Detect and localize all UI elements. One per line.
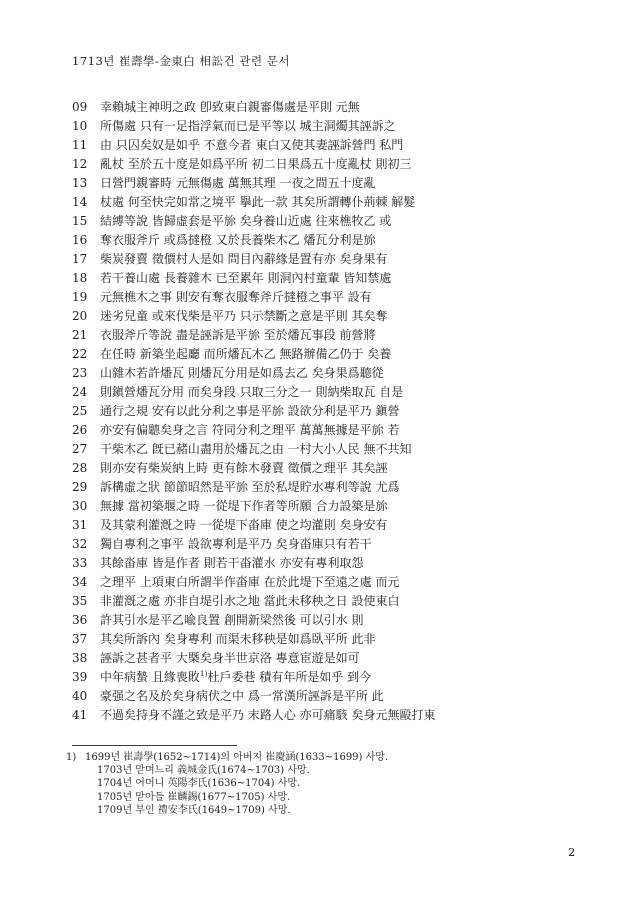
line-text: 奪衣服斧斤 或爲撻橙 又於長養柴木乙 燔瓦分利是旀: [100, 231, 375, 250]
document-line: 10所傷處 只有一足指浮氣而已是平等以 城主洞燭其誣訴之: [72, 117, 435, 136]
line-number: 41: [72, 706, 100, 725]
line-text: 所傷處 只有一足指浮氣而已是平等以 城主洞燭其誣訴之: [100, 117, 396, 136]
line-number: 15: [72, 212, 100, 231]
document-line: 35非灌漑之處 亦非自堤引水之地 當此未移秧之日 設使東白: [72, 592, 435, 611]
document-line: 13日營門親審時 元無傷處 萬無其理 一夜之間五十度亂: [72, 174, 435, 193]
document-line: 32獨自專利之事平 設欲專利是平乃 矣身畓庫只有若干: [72, 535, 435, 554]
line-number: 29: [72, 478, 100, 497]
document-line: 34之理平 上項東白所謂半作畓庫 在於此堤下至遠之處 而元: [72, 573, 435, 592]
document-line: 40豪强之名及於矣身病伏之中 爲一常漢所誣訴是平所 此: [72, 687, 435, 706]
footnote-line: 1703년 맏며느리 義城金氏(1674~1703) 사망.: [66, 764, 388, 777]
line-number: 17: [72, 250, 100, 269]
line-text: 杖處 何至快完如常之境平 擧此一款 其矣所謂轉仆荊棘 解髮: [100, 193, 415, 212]
line-text: 干柴木乙 旣已赭山盡用於燔瓦之由 一村大小人民 無不共知: [100, 440, 411, 459]
document-line: 12亂杖 至於五十度是如爲平所 初二日果爲五十度亂杖 則初三: [72, 155, 435, 174]
line-number: 21: [72, 326, 100, 345]
document-line: 23山雜木若許燔瓦 則燔瓦分用是如爲去乙 矣身果爲聽從: [72, 364, 435, 383]
line-text: 其矣所訴內 矣身專利 而渠未移秧是如爲臥平所 此非: [100, 630, 375, 649]
document-line: 30無據 當初築堰之時 一從堤下作者等所願 合力設築是旀: [72, 497, 435, 516]
line-number: 12: [72, 155, 100, 174]
line-number: 33: [72, 554, 100, 573]
line-text: 結縛等說 皆歸虛套是平旀 矣身養山近處 往來樵牧乙 或: [100, 212, 391, 231]
document-line: 22在任時 新築坐起廳 而所燔瓦木乙 無路辦備乙仍于 矣養: [72, 345, 435, 364]
line-number: 24: [72, 383, 100, 402]
document-body-lines: 09幸賴城主神明之政 卽致東白親審傷處是平則 元無10所傷處 只有一足指浮氣而已…: [72, 98, 435, 725]
footnote-line: 1705년 맏아들 崔麟錫(1677~1705) 사망.: [66, 791, 388, 804]
line-number: 32: [72, 535, 100, 554]
document-line: 24則鎭營燔瓦分用 而矣身段 只取三分之一 則納柴取瓦 自是: [72, 383, 435, 402]
line-number: 11: [72, 136, 100, 155]
document-line: 26亦安有偏聽矣身之言 符同分利之理平 萬萬無據是平旀 若: [72, 421, 435, 440]
document-line: 28則亦安有柴炭納上時 更有餘木發賣 徵價之理平 其矣誣: [72, 459, 435, 478]
footnote-reference: 1): [200, 669, 208, 678]
line-text: 由 只囚矣奴是如乎 不意今者 東白又使其妻誣訴營門 私門: [100, 136, 403, 155]
document-line: 14杖處 何至快完如常之境平 擧此一款 其矣所謂轉仆荊棘 解髮: [72, 193, 435, 212]
line-text: 亂杖 至於五十度是如爲平所 初二日果爲五十度亂杖 則初三: [100, 155, 411, 174]
footnote-marker: 1): [66, 751, 85, 764]
footnote-divider: [72, 745, 237, 746]
line-text: 非灌漑之處 亦非自堤引水之地 當此未移秧之日 設使東白: [100, 592, 399, 611]
document-line: 20迷劣兒童 或來伐柴是平乃 只示禁斷之意是平則 其矣奪: [72, 307, 435, 326]
document-line: 38誣訴之甚者平 大槩矣身半世京洛 專意宦遊是如可: [72, 649, 435, 668]
document-line: 17柴炭發賣 徵價村人是如 問目內辭緣是置有亦 矣身果有: [72, 250, 435, 269]
line-text: 在任時 新築坐起廳 而所燔瓦木乙 無路辦備乙仍于 矣養: [100, 345, 391, 364]
line-text: 許其引水是平乙喩良置 創開新梁然後 可以引水 則: [100, 611, 363, 630]
line-number: 38: [72, 649, 100, 668]
line-number: 34: [72, 573, 100, 592]
line-text: 幸賴城主神明之政 卽致東白親審傷處是平則 元無: [100, 98, 360, 117]
document-line: 15結縛等說 皆歸虛套是平旀 矣身養山近處 往來樵牧乙 或: [72, 212, 435, 231]
line-number: 18: [72, 269, 100, 288]
footnote-line: 1704년 어머니 英陽李氏(1636~1704) 사망.: [66, 777, 388, 790]
line-text: 山雜木若許燔瓦 則燔瓦分用是如爲去乙 矣身果爲聽從: [100, 364, 384, 383]
line-number: 36: [72, 611, 100, 630]
line-text: 若干養山處 長養雜木 已至累年 則洞內村童輩 皆知禁處: [100, 269, 391, 288]
line-text: 訴構虛之狀 節節昭然是平旀 至於私堤貯水專利等說 尤爲: [100, 478, 399, 497]
line-number: 14: [72, 193, 100, 212]
footnote-line: 1709년 부인 禮安李氏(1649~1709) 사망.: [66, 804, 388, 817]
footnote-text: 1704년 어머니 英陽李氏(1636~1704) 사망.: [97, 778, 300, 789]
line-text: 之理平 上項東白所謂半作畓庫 在於此堤下至遠之處 而元: [100, 573, 399, 592]
line-number: 35: [72, 592, 100, 611]
line-text: 誣訴之甚者平 大槩矣身半世京洛 專意宦遊是如可: [100, 649, 360, 668]
footnote-line: 1)1699년 崔壽學(1652~1714)의 아버지 崔慶涵(1633~169…: [66, 751, 388, 764]
line-number: 40: [72, 687, 100, 706]
line-number: 23: [72, 364, 100, 383]
footnote-text: 1699년 崔壽學(1652~1714)의 아버지 崔慶涵(1633~1699)…: [85, 752, 388, 763]
line-number: 10: [72, 117, 100, 136]
document-line: 09幸賴城主神明之政 卽致東白親審傷處是平則 元無: [72, 98, 435, 117]
line-number: 39: [72, 668, 100, 687]
footnote-text: 1703년 맏며느리 義城金氏(1674~1703) 사망.: [97, 765, 310, 776]
line-text: 通行之規 安有以此分利之事是平旀 設欲分利是平乃 鎭營: [100, 402, 399, 421]
document-line: 19元無樵木之事 則安有奪衣服奪斧斤撻橙之事平 設有: [72, 288, 435, 307]
line-text: 日營門親審時 元無傷處 萬無其理 一夜之間五十度亂: [100, 174, 375, 193]
page-number: 2: [568, 845, 575, 859]
document-line: 37其矣所訴內 矣身專利 而渠未移秧是如爲臥平所 此非: [72, 630, 435, 649]
document-page: 1713년 崔壽學-金東白 相訟건 관련 문서 09幸賴城主神明之政 卽致東白親…: [0, 0, 636, 899]
line-text: 其餘畓庫 皆是作者 則若干畓灌水 亦安有專利取怨: [100, 554, 363, 573]
document-line: 36許其引水是平乙喩良置 創開新梁然後 可以引水 則: [72, 611, 435, 630]
line-number: 13: [72, 174, 100, 193]
line-text: 則鎭營燔瓦分用 而矣身段 只取三分之一 則納柴取瓦 自是: [100, 383, 403, 402]
document-line: 21衣服斧斤等說 盡是誣訴是平旀 至於燔瓦事段 前營將: [72, 326, 435, 345]
footnote-text: 1709년 부인 禮安李氏(1649~1709) 사망.: [97, 805, 291, 816]
line-text: 則亦安有柴炭納上時 更有餘木發賣 徵價之理平 其矣誣: [100, 459, 387, 478]
line-text: 獨自專利之事平 設欲專利是平乃 矣身畓庫只有若干: [100, 535, 372, 554]
line-number: 31: [72, 516, 100, 535]
document-title: 1713년 崔壽學-金東白 相訟건 관련 문서: [72, 53, 290, 69]
document-line: 39中年病蟄 且緣喪敗1)杜戶委巷 積有年所是如乎 到今: [72, 668, 435, 687]
line-number: 20: [72, 307, 100, 326]
line-text: 及其蒙利灌漑之時 一從堤下畓庫 使之均灌則 矣身安有: [100, 516, 387, 535]
line-text: 迷劣兒童 或來伐柴是平乃 只示禁斷之意是平則 其矣奪: [100, 307, 387, 326]
document-line: 16奪衣服斧斤 或爲撻橙 又於長養柴木乙 燔瓦分利是旀: [72, 231, 435, 250]
document-line: 11由 只囚矣奴是如乎 不意今者 東白又使其妻誣訴營門 私門: [72, 136, 435, 155]
line-number: 37: [72, 630, 100, 649]
line-number: 26: [72, 421, 100, 440]
document-line: 27干柴木乙 旣已赭山盡用於燔瓦之由 一村大小人民 無不共知: [72, 440, 435, 459]
line-text: 豪强之名及於矣身病伏之中 爲一常漢所誣訴是平所 此: [100, 687, 384, 706]
line-text: 亦安有偏聽矣身之言 符同分利之理平 萬萬無據是平旀 若: [100, 421, 399, 440]
footnote-text: 1705년 맏아들 崔麟錫(1677~1705) 사망.: [97, 792, 290, 803]
line-number: 28: [72, 459, 100, 478]
document-line: 31及其蒙利灌漑之時 一從堤下畓庫 使之均灌則 矣身安有: [72, 516, 435, 535]
line-number: 25: [72, 402, 100, 421]
line-text: 無據 當初築堰之時 一從堤下作者等所願 合力設築是旀: [100, 497, 387, 516]
line-number: 16: [72, 231, 100, 250]
line-number: 30: [72, 497, 100, 516]
line-number: 19: [72, 288, 100, 307]
document-line: 33其餘畓庫 皆是作者 則若干畓灌水 亦安有專利取怨: [72, 554, 435, 573]
document-line: 25通行之規 安有以此分利之事是平旀 設欲分利是平乃 鎭營: [72, 402, 435, 421]
line-text: 衣服斧斤等說 盡是誣訴是平旀 至於燔瓦事段 前營將: [100, 326, 375, 345]
line-text: 柴炭發賣 徵價村人是如 問目內辭緣是置有亦 矣身果有: [100, 250, 387, 269]
document-line: 41不過矣持身不謹之致是平乃 末路人心 亦可痛駭 矣身元無毆打東: [72, 706, 435, 725]
line-number: 27: [72, 440, 100, 459]
document-line: 18若干養山處 長養雜木 已至累年 則洞內村童輩 皆知禁處: [72, 269, 435, 288]
line-text: 中年病蟄 且緣喪敗1)杜戶委巷 積有年所是如乎 到今: [100, 668, 371, 687]
line-text: 不過矣持身不謹之致是平乃 末路人心 亦可痛駭 矣身元無毆打東: [100, 706, 435, 725]
line-number: 09: [72, 98, 100, 117]
document-line: 29訴構虛之狀 節節昭然是平旀 至於私堤貯水專利等說 尤爲: [72, 478, 435, 497]
line-number: 22: [72, 345, 100, 364]
footnotes-block: 1)1699년 崔壽學(1652~1714)의 아버지 崔慶涵(1633~169…: [66, 751, 388, 817]
line-text: 元無樵木之事 則安有奪衣服奪斧斤撻橙之事平 設有: [100, 288, 372, 307]
